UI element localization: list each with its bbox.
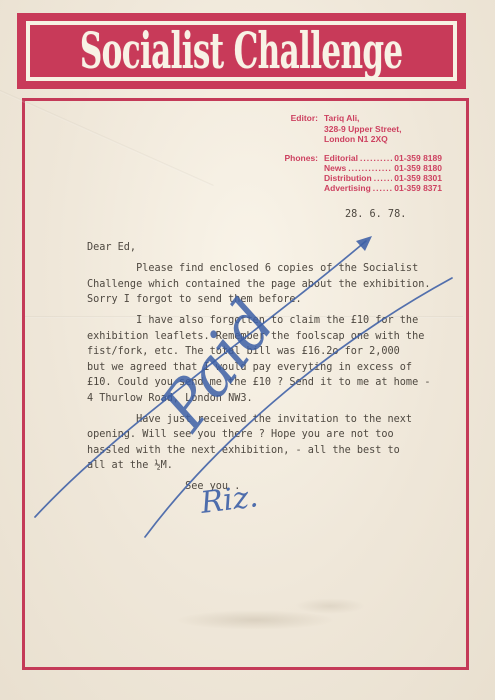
phone-dept: Editorial (324, 153, 358, 163)
phone-number: 01-359 8301 (394, 173, 442, 183)
editor-address-line1: 328-9 Upper Street, (324, 124, 448, 135)
letter-date: 28. 6. 78. (345, 209, 406, 220)
closing-see-you: See you . (87, 479, 430, 495)
paper-smudge (295, 598, 365, 614)
phones-label: Phones: (248, 153, 324, 193)
scanned-letter-page: Socialist Challenge Editor: Tariq Ali, 3… (0, 0, 495, 700)
editor-name: Tariq Ali, (324, 113, 448, 124)
dot-leader: ...................... (373, 183, 392, 193)
paragraph-enclosed: Please find enclosed 6 copies of the Soc… (87, 261, 430, 308)
phone-number: 01-359 8371 (394, 183, 442, 193)
phone-number: 01-359 8180 (394, 163, 442, 173)
phones-row: Phones: Editorial ......................… (248, 153, 448, 193)
dot-leader: ...................... (348, 163, 392, 173)
editor-address-line2: London N1 2XQ (324, 134, 448, 145)
phone-row-advertising: Advertising ...................... 01-35… (324, 183, 442, 193)
phone-row-editorial: Editorial ...................... 01-359 … (324, 153, 442, 163)
paragraph-claim: I have also forgotten to claim the £10 f… (87, 313, 430, 406)
phone-dept: Advertising (324, 183, 371, 193)
editor-label: Editor: (248, 113, 324, 145)
paragraph-invite: Have just received the invitation to the… (87, 412, 430, 474)
masthead-banner: Socialist Challenge (17, 13, 466, 89)
dot-leader: ...................... (374, 173, 393, 183)
phone-row-distribution: Distribution ...................... 01-3… (324, 173, 442, 183)
phone-dept: Distribution (324, 173, 372, 183)
phone-row-news: News ...................... 01-359 8180 (324, 163, 442, 173)
phone-dept: News (324, 163, 346, 173)
letter-body: Dear Ed, Please find enclosed 6 copies o… (87, 240, 430, 500)
masthead-title: Socialist Challenge (80, 26, 403, 76)
phone-number: 01-359 8189 (394, 153, 442, 163)
letterhead: Editor: Tariq Ali, 328-9 Upper Street, L… (248, 113, 448, 193)
editor-row: Editor: Tariq Ali, 328-9 Upper Street, L… (248, 113, 448, 145)
salutation: Dear Ed, (87, 240, 430, 256)
dot-leader: ...................... (360, 153, 392, 163)
